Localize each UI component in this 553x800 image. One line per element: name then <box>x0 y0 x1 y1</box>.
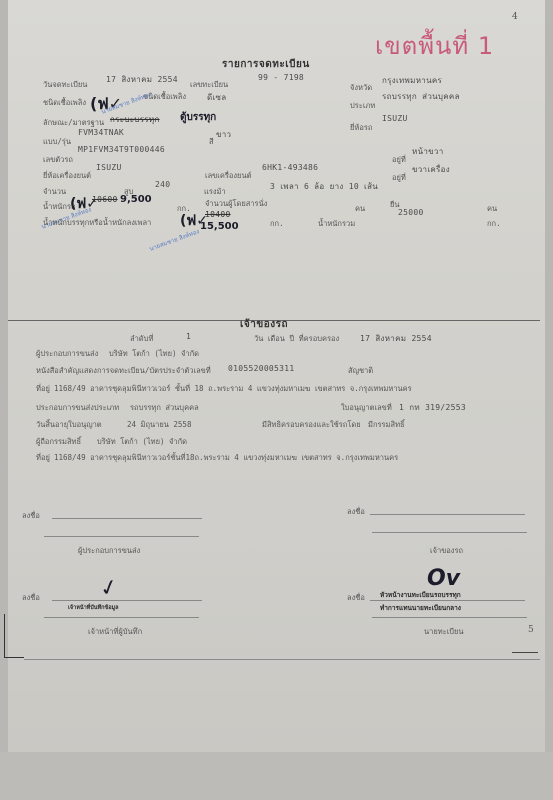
chassis-value: MP1FVM34T9T000446 <box>78 145 165 154</box>
recorder-role: เจ้าหน้าที่ผู้บันทึก <box>88 626 142 638</box>
color-label: สี <box>209 136 214 148</box>
plate-label: เลขทะเบียน <box>190 79 228 91</box>
op-type-value: รถบรรทุก ส่วนบุคคล <box>130 402 199 414</box>
zone-stamp: เขตพื้นที่ 1 <box>375 26 494 65</box>
chassis-label: เลขตัวรถ <box>43 154 73 166</box>
signature-line-owner[interactable] <box>370 514 525 515</box>
color-value: ขาว <box>216 128 231 141</box>
sign-label-4: ลงชื่อ <box>347 592 365 604</box>
axles-value: 3 เพลา 6 ล้อ ยาง 10 เส้น <box>270 180 378 193</box>
sign-label-3: ลงชื่อ <box>22 592 40 604</box>
weight-new: 9,500 <box>120 194 152 205</box>
signature-line-operator[interactable] <box>52 518 202 519</box>
engine-brand-label: ยี่ห้อเครื่องยนต์ <box>43 170 91 182</box>
chassis-pos-label: อยู่ที่ <box>392 154 406 166</box>
brand-label: ยี่ห้อรถ <box>350 122 372 134</box>
gross-unit: กก. <box>487 218 501 230</box>
name-line-operator <box>44 536 199 537</box>
model-value: FVM34TNAK <box>78 128 124 137</box>
address2-label: ที่อยู่ <box>36 452 50 464</box>
plate-number: 99 - 7198 <box>258 73 304 82</box>
engine-number: 6HK1-493486 <box>262 163 318 172</box>
load-new: 15,500 <box>200 221 239 232</box>
count-label: จำนวน <box>43 186 66 198</box>
name-line-registrar <box>372 617 527 618</box>
fuel-value: ดีเซล <box>207 91 226 104</box>
recorder-stamp: เจ้าหน้าที่บันทึกข้อมูล <box>68 604 119 612</box>
registrar-signature: Ov <box>427 566 460 591</box>
registrar-title-1: หัวหน้างานทะเบียนรถบรรทุก <box>380 590 461 600</box>
registration-title: รายการจดทะเบียน <box>222 57 310 72</box>
crop-mark-vertical <box>4 614 5 658</box>
body-struck: กระบะบรรทุก <box>110 113 160 126</box>
body-handwritten: ตู้บรรทุก <box>180 110 216 125</box>
possession-date: 17 สิงหาคม 2554 <box>360 332 432 345</box>
reg-date: 17 สิงหาคม 2554 <box>106 73 178 86</box>
gross-value: 25000 <box>398 208 424 217</box>
bottom-rule <box>24 659 540 660</box>
license-label: ใบอนุญาตเลขที่ <box>341 402 392 414</box>
engine-no-label: เลขเครื่องยนต์ <box>205 170 251 182</box>
page-number-top: 4 <box>512 12 518 22</box>
owner-title: เจ้าของรถ <box>240 317 288 332</box>
weight-struck: 10600 <box>92 195 118 204</box>
vehicle-kind-label: ชนิดเชื้อเพลิง <box>43 97 86 109</box>
operator-name: บริษัท โตก้า (ไทย) จำกัด <box>109 348 199 360</box>
address-label: ที่อยู่ <box>36 383 50 395</box>
id-label: หนังสือสำคัญแสดงการจดทะเบียน/บัตรประจำตั… <box>36 365 211 377</box>
chassis-position: หน้าขวา <box>412 145 444 158</box>
model-label: แบบ/รุ่น <box>43 136 71 148</box>
registrar-role: นายทะเบียน <box>424 626 464 638</box>
background-surface <box>0 752 553 800</box>
page-number-bottom: 5 <box>528 625 534 635</box>
type-label: ประเภท <box>350 100 375 112</box>
expiry-label: วันสิ้นอายุใบอนุญาต <box>36 419 102 431</box>
signature-line-registrar[interactable] <box>370 600 525 601</box>
titleholder-name: บริษัท โตก้า (ไทย) จำกัด <box>97 436 187 448</box>
id-number: 0105520005311 <box>228 364 295 373</box>
address2-value: 1168/49 อาคารชุดลุมพินีทาวเวอร์ชั้นที่18… <box>54 452 398 464</box>
load-struck: 10400 <box>205 210 231 219</box>
horsepower-label: แรงม้า <box>204 186 226 198</box>
sign-label-2: ลงชื่อ <box>347 506 365 518</box>
engine-position: ขวาเครื่อง <box>412 163 450 176</box>
titleholder-label: ผู้ถือกรรมสิทธิ์ <box>36 436 81 448</box>
load-unit: กก. <box>270 218 284 230</box>
crop-mark-horizontal <box>4 657 24 658</box>
engine-brand: ISUZU <box>96 163 122 172</box>
name-line-owner <box>372 532 527 533</box>
right-label: มีสิทธิครอบครองและใช้รถโดย <box>262 419 361 431</box>
reg-date-label: วันจดทะเบียน <box>43 79 87 91</box>
type-value: รถบรรทุก ส่วนบุคคล <box>382 90 460 103</box>
sign-label-1: ลงชื่อ <box>22 510 40 522</box>
nationality-label: สัญชาติ <box>348 365 373 377</box>
operator-label: ผู้ประกอบการขนส่ง <box>36 348 98 360</box>
license-number: 1 กท 319/2553 <box>399 401 466 414</box>
engine-pos-label: อยู่ที่ <box>392 172 406 184</box>
signature-line-recorder[interactable] <box>52 600 202 601</box>
registrar-title-2: ทำการแทนนายทะเบียนกลาง <box>380 603 461 613</box>
cc-value: 240 <box>155 180 170 189</box>
seq-value: 1 <box>186 332 191 341</box>
seats-label: จำนวนผู้โดยสารนั่ง <box>205 198 267 210</box>
possession-date-label: วัน เดือน ปี ที่ครอบครอง <box>254 333 339 345</box>
arrow-mark <box>512 652 538 653</box>
right-value: มีกรรมสิทธิ์ <box>368 419 405 431</box>
load-label: น้ำหนักบรรทุกหรือน้ำหนักลงเพลา <box>43 217 151 229</box>
province-label: จังหวัด <box>350 82 372 94</box>
brand-value: ISUZU <box>382 114 408 123</box>
expiry-date: 24 มิถุนายน 2558 <box>127 419 191 431</box>
name-line-recorder <box>44 617 199 618</box>
address-value: 1168/49 อาคารชุดลุมพินีทาวเวอร์ ชั้นที่ … <box>54 383 412 395</box>
owner-role: เจ้าของรถ <box>430 545 463 557</box>
province: กรุงเทพมหานคร <box>382 74 442 87</box>
standing-unit: คน <box>487 203 497 215</box>
op-type-label: ประกอบการขนส่งประเภท <box>36 402 119 414</box>
seq-label: ลำดับที่ <box>130 333 153 345</box>
gross-label: น้ำหนักรวม <box>318 218 355 230</box>
operator-role: ผู้ประกอบการขนส่ง <box>78 545 140 557</box>
seats-unit: คน <box>355 203 365 215</box>
